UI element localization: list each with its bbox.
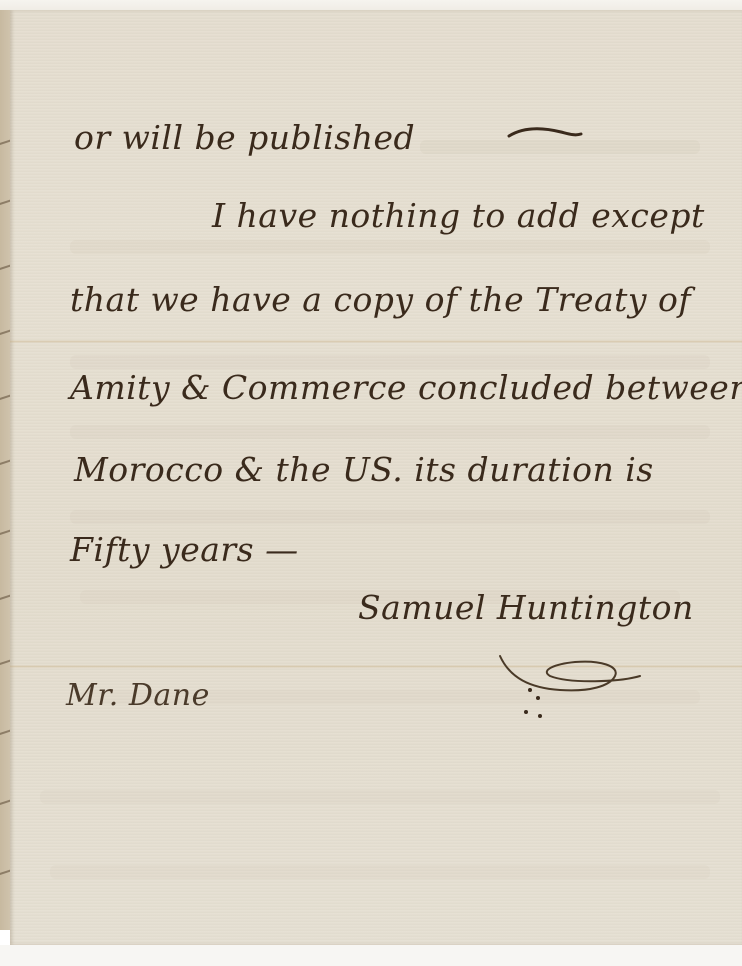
recipient-name: Mr. Dane <box>66 678 210 713</box>
bleed-through <box>40 790 720 804</box>
page-bottom-edge <box>0 945 742 966</box>
letter-line-1: or will be published <box>74 118 415 157</box>
letter-line-4: Amity & Commerce concluded between <box>70 368 742 407</box>
signature-flourish <box>490 648 650 728</box>
bleed-through <box>70 240 710 254</box>
bleed-through <box>70 425 710 439</box>
bleed-through <box>50 865 710 879</box>
paper-fold <box>10 340 742 343</box>
letter-line-5: Morocco & the US. its duration is <box>74 450 654 489</box>
letter-line-3: that we have a copy of the Treaty of <box>70 280 691 319</box>
flourish-mark <box>505 122 585 144</box>
bleed-through <box>70 510 710 524</box>
signature: Samuel Huntington <box>358 588 694 627</box>
letter-line-2: I have nothing to add except <box>212 196 705 235</box>
letter-line-6: Fifty years — <box>70 530 299 569</box>
bleed-through <box>70 355 710 369</box>
